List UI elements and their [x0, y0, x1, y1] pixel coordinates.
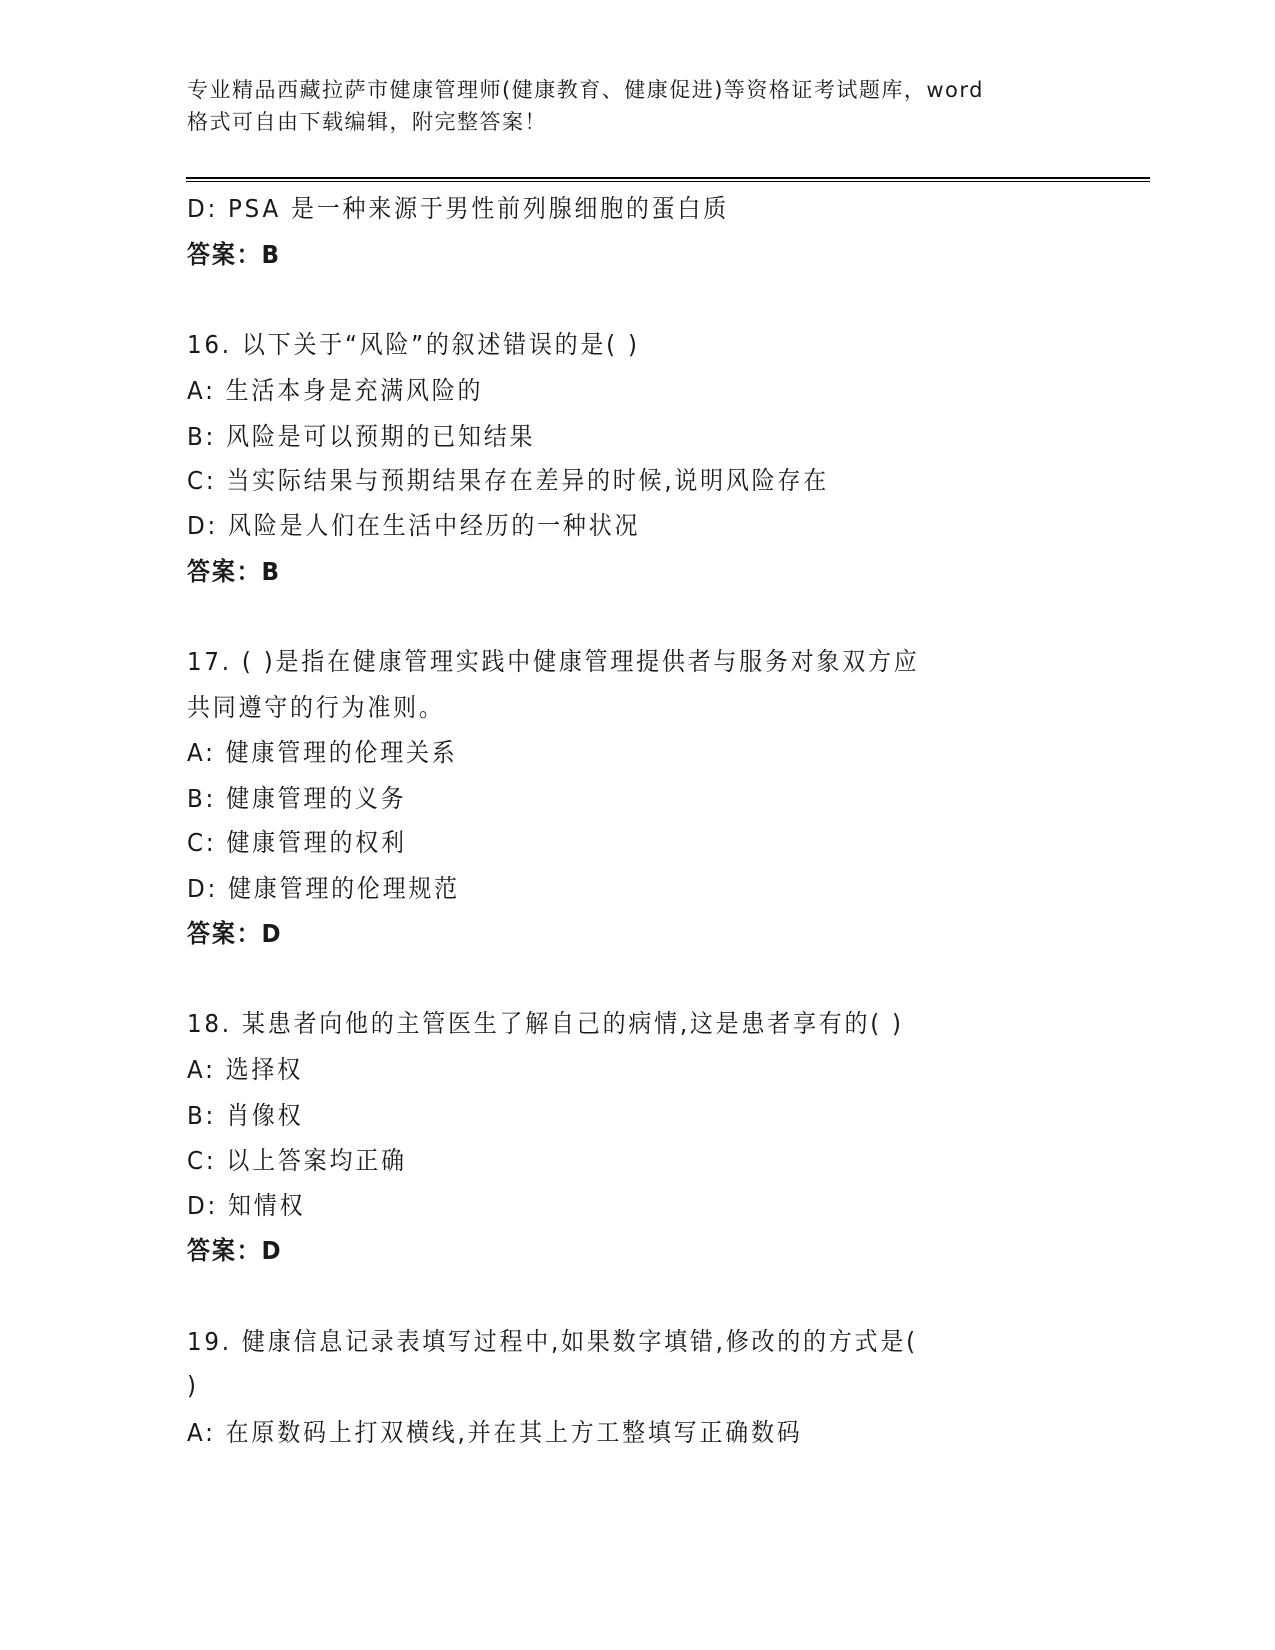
- question-stem-line-2: 共同遵守的行为准则。: [187, 693, 445, 723]
- header-rule-top: [186, 177, 1150, 179]
- question-stem-line-1: 17. ( )是指在健康管理实践中健康管理提供者与服务对象双方应: [187, 647, 919, 677]
- answer: 答案：D: [187, 919, 282, 949]
- answer: 答案：B: [187, 240, 281, 270]
- option-a: A: 生活本身是充满风险的: [187, 376, 483, 406]
- option-c: C: 当实际结果与预期结果存在差异的时候,说明风险存在: [187, 466, 829, 496]
- option-c: C: 以上答案均正确: [187, 1146, 407, 1176]
- answer: 答案：D: [187, 1236, 282, 1266]
- option-d: D: 知情权: [187, 1191, 305, 1221]
- option-d: D: PSA 是一种来源于男性前列腺细胞的蛋白质: [187, 194, 729, 224]
- header-line-2: 格式可自由下载编辑，附完整答案！: [187, 109, 547, 135]
- option-a: A: 健康管理的伦理关系: [187, 738, 458, 768]
- option-d: D: 健康管理的伦理规范: [187, 874, 460, 904]
- option-a: A: 选择权: [187, 1055, 303, 1085]
- header-line-1: 专业精品西藏拉萨市健康管理师(健康教育、健康促进)等资格证考试题库，word: [187, 77, 984, 103]
- option-b: B: 风险是可以预期的已知结果: [187, 422, 535, 452]
- option-b: B: 肖像权: [187, 1101, 303, 1131]
- question-stem-line-1: 19. 健康信息记录表填写过程中,如果数字填错,修改的的方式是(: [187, 1327, 918, 1357]
- question-stem-line-2: ): [187, 1371, 199, 1401]
- header-rule-bottom: [186, 181, 1150, 182]
- answer: 答案：B: [187, 557, 281, 587]
- option-d: D: 风险是人们在生活中经历的一种状况: [187, 511, 640, 541]
- question-stem: 18. 某患者向他的主管医生了解自己的病情,这是患者享有的( ): [187, 1009, 904, 1039]
- option-c: C: 健康管理的权利: [187, 828, 407, 858]
- question-stem: 16. 以下关于“风险”的叙述错误的是( ): [187, 330, 640, 360]
- option-a: A: 在原数码上打双横线,并在其上方工整填写正确数码: [187, 1418, 802, 1448]
- option-b: B: 健康管理的义务: [187, 784, 406, 814]
